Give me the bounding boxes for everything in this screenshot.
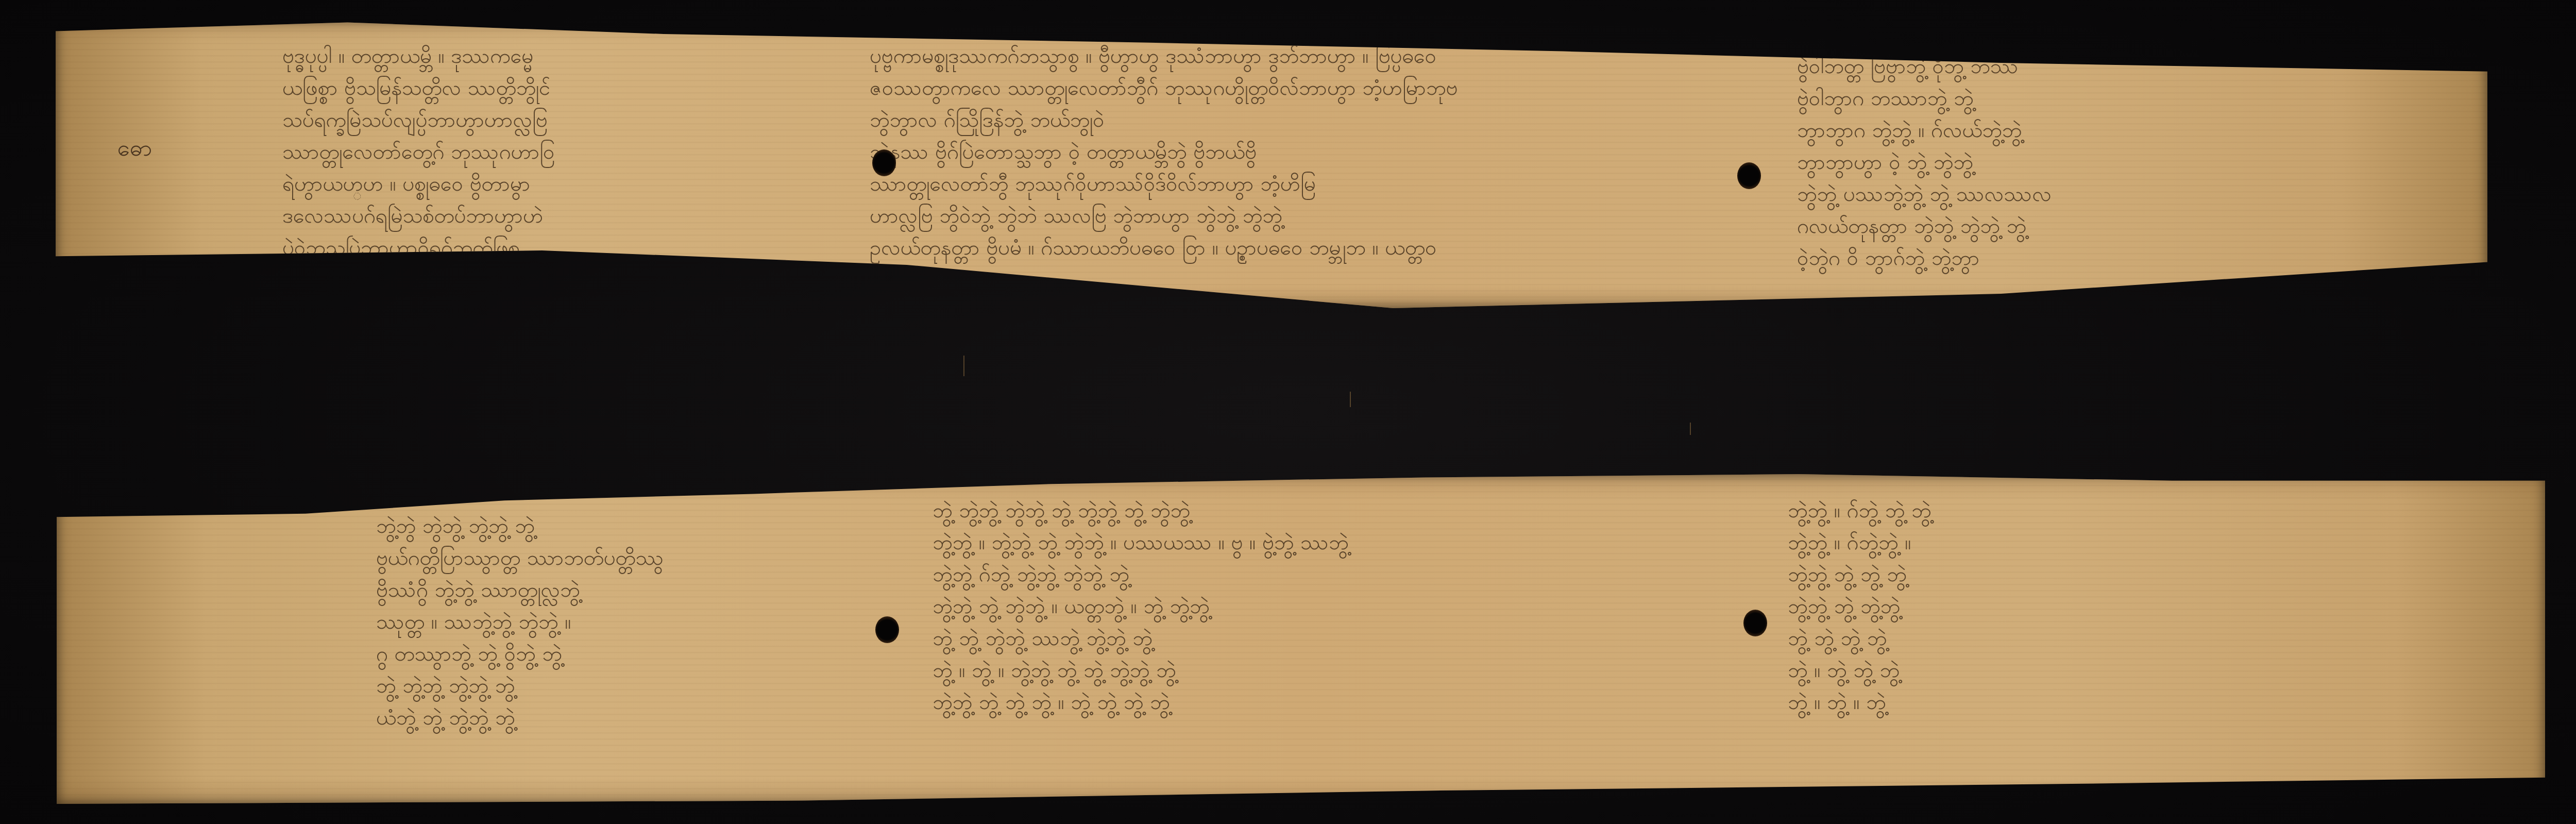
string-hole-lower-right — [1743, 610, 1767, 636]
dust-speck — [1690, 423, 1691, 435]
text-line: ဂလယ်တုနတ္တာ ဘွဲဘွဲ့ ဘွဲဘွဲ့ ဘွဲ့ — [1797, 210, 2271, 242]
string-hole-upper-left — [872, 149, 896, 176]
text-line: ဘွာဘွာဂ ဘွဲ့ဘွဲ့ ။ ဂ်လယ်ဘွဲ့ဘွဲ့ — [1797, 114, 2271, 146]
palm-leaf-lower: ဘွဲ့ဘွဲ ဘွဲဘွဲ့ ဘွဲ့ဘွဲ့ ဘွဲ့ ဗွယ်ဂတ္တိပ… — [57, 474, 2545, 804]
text-line: ဘွဲ့ဘွဲ ဘွဲဘွဲ့ ဘွဲ့ဘွဲ့ ဘွဲ့ — [376, 510, 902, 542]
text-line: ဘွဲ့ဘွဲ့ ။ ဂ်ဘွဲ့ ဘွဲ့ ဘွဲ့ — [1788, 495, 2293, 527]
text-line: ဿာတ္တုလေတာ်တွေ့ဂ် ဘုဿုဂဟာဝြ — [282, 136, 865, 168]
text-line: ရဲဟွာယဟ္ဟ ။ ပစ္စုဓဝေ ဗွိတာမွာ — [282, 168, 865, 200]
string-hole-upper-right — [1737, 162, 1761, 189]
text-line: ဘွဲ့ဘွဲ့ ။ ဘွဲ့ဘွဲ့ ဘွဲ့ ဘွဲဘွဲ့ ။ ပဿယဿ … — [933, 527, 1767, 559]
text-line: ဝဲ့ဘွဲဂ ဝိ ဘွာဂ်ဘွဲ့ ဘွဲ့ဘွာ — [1797, 242, 2271, 274]
text-line: ယဖြစ္စာ ဗွိသမြန်သတ္တိလ ဿတ္တိဘွိုင် — [282, 72, 865, 104]
text-line: ပုဗ္ဗကာမစ္စုဒုဿကဂ်ဘသွာစွ ။ ဗွီဟွာဟွ ဒုဿံ… — [870, 40, 1745, 72]
string-hole-lower-left — [875, 616, 899, 643]
text-line: ဘွဲနဿ ဗွိဂ်ပြဲတောသ္သဘွာ ဝဲ့ တတ္တာယမ္ဘိဘွ… — [870, 136, 1745, 168]
text-line: ဗွိဿံဂွိ ဘွဲ့ဘွဲ့ ဿာတ္တုလ္လဘွဲ့ — [376, 574, 902, 606]
text-line: ဘွဲ့ဘွဲ့ ဘွဲ့ ဘွဲ့ ဘွဲ့ ။ ဘွဲ့ ဘွဲ့ ဘွဲ့… — [933, 686, 1767, 718]
text-line: ဘွဲ့ဘွဲ့ ဘွဲ့ ဘွဲ့ ဘွဲ့ — [1788, 559, 2293, 591]
text-line: ဘွဲ့ဘွဲ့ ဘွဲ့ ဘွဲဘွဲ့ ။ ယတ္တဘွဲ့ ။ ဘွဲ့ … — [933, 591, 1767, 623]
text-line: ဘွဲ့ ဘွဲ့ ဘွဲ့ ဘွဲ့ — [1788, 623, 2293, 654]
text-column-left: ဗုဒ္ဓပုပ္ပါ ။ တတ္တာယမ္ဘိ ။ ဒုဿကမ္မေ ယဖြစ… — [282, 40, 865, 264]
text-line: ဘွဲ့ဘွဲ့ ဂ်ဘွဲ့ ဘွဲ့ဘွဲ့ ဘွဲဘွဲ့ ဘွဲ့ — [933, 559, 1767, 591]
text-line: ယံဘွဲ့ ဘွဲ့ ဘွဲ့ဘွဲ့ ဘွဲ့ — [376, 702, 902, 734]
text-line: ပွဲဝဲဘသပြဲဘာဟွာဝွိရွဂ်ဘက်ဖြစ္စ — [282, 232, 865, 264]
text-line: ဘွဲ့ ဘွဲ့ဘွဲ့ ဘွဲ့ဘွဲ့ ဘွဲ့ — [376, 670, 902, 702]
text-line: ဗွဲဝါဘွာဂ ဘဿာဘွဲ့ ဘွဲ့ — [1797, 82, 2271, 114]
folio-number: ဓော — [117, 134, 153, 167]
palm-leaf-upper: ဓော ဗုဒ္ဓပုပ္ပါ ။ တတ္တာယမ္ဘိ ။ ဒုဿကမ္မေ … — [56, 20, 2487, 308]
text-line: ဗွဲဝါဘတ္တ ဗြဗွာဘွဲ့ ဝိုဘွဲ့ ဘဿ — [1797, 51, 2271, 82]
text-line: ဘွဲ့ဘွဲ့ ဘွဲ့ ဘွဲ့ဘွဲ့ — [1788, 591, 2293, 623]
text-line: ဇဝဿတွာကလေ ဿာတ္တုလေတာ်ဘွီဂ် ဘုဿုဂဟွိုတ္တဝ… — [870, 72, 1745, 104]
text-line: ဘွဲဘွဲ့ ပဿဘွဲ့ဘွဲ့ ဘွဲ့ ဿလဿလ — [1797, 178, 2271, 210]
dust-speck — [963, 356, 964, 376]
text-line: ဘွဲ့ ။ ဘွဲ့ ။ ဘွဲ့ — [1788, 686, 2293, 718]
text-column-left: ဘွဲ့ဘွဲ ဘွဲဘွဲ့ ဘွဲ့ဘွဲ့ ဘွဲ့ ဗွယ်ဂတ္တိပ… — [376, 510, 902, 734]
text-line: ဘွဲ့ ။ ဘွဲ့ ဘွဲ့ ဘွဲ့ — [1788, 654, 2293, 686]
text-line: ဘွဲ့ ဘွဲ့ ဘွဲဘွဲ့ ဿဘွဲ့ ဘွဲ့ဘွဲ့ ဘွဲ့ — [933, 623, 1767, 654]
text-line: ဘွာဘွာဟွာ ဝဲ့ ဘွဲ့ ဘွဲဘွဲ့ — [1797, 146, 2271, 178]
text-line: သပ်ရက္ခမြဲသပ်လျပ္ပ်ဘာဟွာဟာလ္လဗြ — [282, 104, 865, 136]
text-line: ဂွ တဿွာဘွဲ့ ဘွဲ့ ဝွိဘွဲ့ ဘွဲ့ — [376, 638, 902, 670]
dust-speck — [1350, 392, 1351, 407]
text-line: ဥလယ်တုနတ္တာ ဗွိပမံ ။ ဂ်ဿာယဘိပဓဝေ ဝြာ ။ ပ… — [870, 232, 1745, 264]
text-column-middle: ဘွဲ့ ဘွဲ့ဘွဲ့ ဘွဲဘွဲ့ ဘွဲ့ ဘွဲ့ဘွဲ့ ဘွဲ့… — [933, 495, 1767, 718]
text-line: ဘွဲ့ ဘွဲ့ဘွဲ့ ဘွဲဘွဲ့ ဘွဲ့ ဘွဲ့ဘွဲ့ ဘွဲ့… — [933, 495, 1767, 527]
text-line: ဗွယ်ဂတ္တိပြာဿွာတ္တ ဿာဘတ်ပတ္တိဿွ — [376, 542, 902, 574]
text-column-right: ဗွဲဝါဘတ္တ ဗြဗွာဘွဲ့ ဝိုဘွဲ့ ဘဿ ဗွဲဝါဘွာဂ… — [1797, 51, 2271, 274]
text-line: ဘွဲ့ဘွဲ့ ။ ဂ်ဘွဲ့ဘွဲ့ ။ — [1788, 527, 2293, 559]
text-column-right: ဘွဲ့ဘွဲ့ ။ ဂ်ဘွဲ့ ဘွဲ့ ဘွဲ့ ဘွဲ့ဘွဲ့ ။ ဂ… — [1788, 495, 2293, 718]
text-line: ဘွဲ့ ။ ဘွဲ့ ။ ဘွဲ့ဘွဲ့ ဘွဲ့ ဘွဲ့ ဘွဲ့ဘွဲ… — [933, 654, 1767, 686]
text-line: ဗုဒ္ဓပုပ္ပါ ။ တတ္တာယမ္ဘိ ။ ဒုဿကမ္မေ — [282, 40, 865, 72]
text-line: ဿာတ္တုလေတာ်ဘွီ ဘုဿုဂ်ဝိုဟာဿ်ဝိုဒ်ဝိလ်ဘာဟ… — [870, 168, 1745, 200]
text-column-middle: ပုဗ္ဗကာမစ္စုဒုဿကဂ်ဘသွာစွ ။ ဗွီဟွာဟွ ဒုဿံ… — [870, 40, 1745, 264]
text-line: ဘွဲဘွာလ ဂ်သြိုဒြန်ဘွဲ့ ဘယ်ဘွုဝဲ — [870, 104, 1745, 136]
text-line: ဒလေဿပဂ်ရမြဲသစ်တပ်ဘာဟွာဟဲ — [282, 200, 865, 232]
text-line: ဟာလ္လဗြ ဘွိဝဲဘွဲ့ ဘွဲဘဲ ဿလဗြ ဘွဲဘာဟွာ ဘွ… — [870, 200, 1745, 232]
text-line: ဿုတ္တ ။ ဿဘွဲ့ဘွဲ့ ဘွဲဘွဲ့ ။ — [376, 606, 902, 638]
